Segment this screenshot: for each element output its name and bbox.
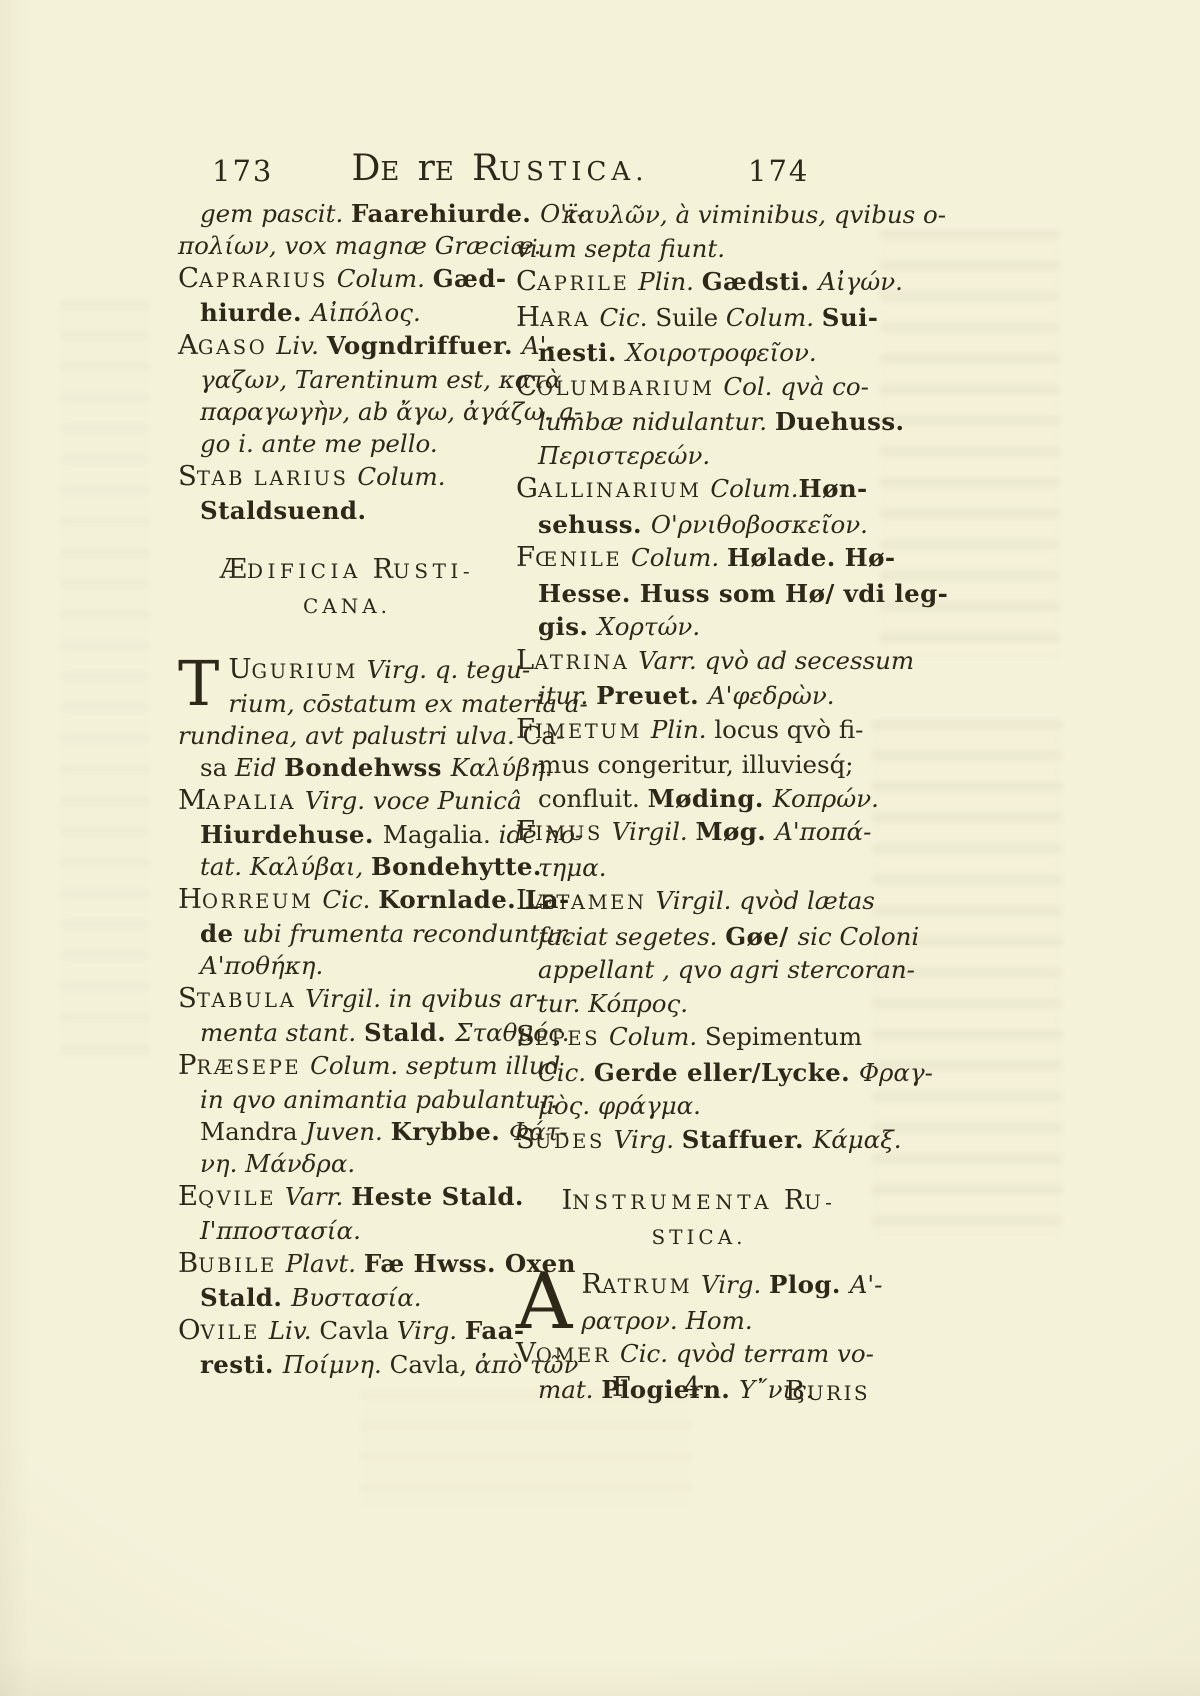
headword-rest: dificia: [247, 559, 373, 583]
latin-italic-text: Virg. voce Punicâ: [305, 786, 522, 815]
headword-smallcaps: Horreum: [178, 885, 322, 914]
latin-italic-text: in qvo animantia pabulantur.: [200, 1085, 558, 1114]
latin-italic-text: Colum.: [710, 474, 798, 503]
headword-smallcaps: Stabula: [178, 984, 305, 1013]
headword-smallcaps: Bubile: [178, 1249, 286, 1278]
text-line: Præsepe Colum. septum illud: [178, 1049, 516, 1084]
text-line: Hiurdehuse. Magalia. idē no-: [178, 819, 516, 851]
greek-text: Καλύβαι,: [250, 852, 371, 881]
text-line: Instrumenta Ru-: [516, 1184, 882, 1219]
text-line: Mapalia Virg. voce Punicâ: [178, 784, 516, 819]
headword-smallcaps: Hara: [516, 303, 599, 332]
headword-initial: F: [516, 713, 535, 745]
text-line: Fimetum Plin. locus qvò fi-: [516, 713, 882, 749]
blackletter-text: Bondehwss: [284, 753, 451, 782]
headword-initial: P: [178, 1049, 197, 1081]
latin-italic-text: à viminibus, qvibus o-: [675, 200, 946, 229]
headword-rest: aprarius: [199, 269, 337, 292]
headword-initial: F: [516, 541, 535, 573]
headword-rest: œnile: [535, 548, 631, 571]
dictionary-entry: Agaso Liv. Vogndriffuer. Α'-γαζων, Taren…: [178, 329, 516, 460]
text-line: Bubile Plavt. Fæ Hwss. Oxen: [178, 1247, 516, 1282]
latin-italic-text: vium septa fiunt.: [516, 234, 725, 263]
greek-text: γαζων,: [200, 365, 295, 394]
headword-smallcaps: Ovile: [178, 1316, 269, 1345]
latin-italic-text: lumbæ nidulantur.: [538, 407, 775, 436]
headword-rest: tab larius: [197, 467, 358, 490]
section-heading: Ædificia Rusti-cana.: [178, 553, 516, 623]
text-line: menta stant. Stald. Σταθμός.: [178, 1017, 516, 1049]
blackletter-text: nesti.: [538, 338, 626, 367]
blackletter-text: Høn-: [799, 474, 868, 503]
latin-italic-text: Plin.: [638, 267, 702, 296]
running-title: De re Rustica.: [330, 148, 670, 189]
dictionary-entry: Caprile Plin. Gædsti. Αἰγών.: [516, 265, 882, 301]
greek-text: Κόπρος.: [588, 989, 688, 1018]
greek-text: Α'φεδρὼν.: [708, 681, 835, 710]
text-line: πολίων, vox magnæ Græciæ.: [178, 230, 516, 262]
text-line: Ι'πποστασία.: [178, 1215, 516, 1247]
latin-italic-text: menta stant.: [200, 1018, 364, 1047]
text-line: confluit. Møding. Κοπρών.: [516, 782, 882, 816]
dictionary-entry: Latrina Varr. qvò ad secessumitur. Preue…: [516, 644, 882, 713]
headword-initial: C: [178, 262, 199, 294]
latin-italic-text: Tarentinum est,: [295, 365, 499, 394]
text-line: Α'ποθήκη.: [178, 950, 516, 982]
dictionary-entry: Fœnile Colum. Hølade. Hø-Hesse. Huss som…: [516, 541, 882, 644]
headword-smallcaps: re: [418, 165, 472, 184]
headword-smallcaps: Ædificia: [220, 555, 373, 584]
latin-italic-text: itur.: [538, 681, 596, 710]
headword-rest: aprile: [537, 272, 638, 295]
headword-smallcaps: Stab larius: [178, 462, 357, 491]
blackletter-text: Hiurdehuse.: [200, 820, 383, 849]
headword-smallcaps: Ratrum: [581, 1270, 701, 1299]
greek-text: Ο'ρνιθοβοσκεῖον.: [651, 510, 868, 539]
right-column: καυλῶν, à viminibus, qvibus o-vium septa…: [516, 198, 882, 1406]
text-line: vium septa fiunt.: [516, 232, 882, 266]
greek-text: καυλῶν,: [562, 200, 675, 229]
blackletter-text: sehuss.: [538, 510, 651, 539]
dictionary-entry: Stab larius Colum.Staldsuend.: [178, 460, 516, 527]
dictionary-entry: TUgurium Virg. q. tegu-rium, cōstatum ex…: [178, 653, 516, 784]
latin-italic-text: Virgil. qvòd lætas: [655, 886, 874, 915]
headword-smallcaps: Rusti-: [373, 555, 474, 584]
greek-text: Ι'πποστασία.: [200, 1216, 361, 1245]
blackletter-text: Møg.: [696, 817, 776, 846]
greek-text: τημα.: [538, 853, 607, 882]
latin-italic-text: Virg.: [701, 1270, 769, 1299]
greek-text: Χοιροτροφεῖον.: [626, 338, 817, 367]
latin-roman-text: Sepimentum: [705, 1022, 862, 1051]
text-line: resti. Ποίμνη. Cavla, ἀπὸ τῶν: [178, 1349, 516, 1381]
headword-rest: atrum: [602, 1275, 701, 1298]
blackletter-text: Gerde eller/Lycke.: [594, 1058, 859, 1087]
headword-rest: allinarium: [538, 479, 710, 502]
text-line: γαζων, Tarentinum est, κατὰ: [178, 364, 516, 396]
text-line: Agaso Liv. Vogndriffuer. Α'-: [178, 329, 516, 364]
greek-text: Αἰγών.: [818, 267, 903, 296]
text-line: tur. Κόπρος.: [516, 987, 882, 1021]
text-line: Sudes Virg. Staffuer. Κάμαξ.: [516, 1123, 882, 1159]
showthrough-smudge: [60, 300, 150, 1060]
headword-rest: omer: [536, 1344, 620, 1367]
headword-initial: Æ: [220, 554, 247, 585]
headword-initial: r: [418, 148, 435, 189]
latin-italic-text: Virg. q. tegu-: [367, 655, 530, 684]
greek-text: Α'ποπά-: [775, 817, 871, 846]
latin-italic-text: Virgil.: [612, 817, 696, 846]
text-line: τημα.: [516, 851, 882, 885]
headword-rest: e: [380, 157, 417, 187]
latin-italic-text: Eid: [235, 753, 284, 782]
headword-rest: usti-: [393, 559, 474, 583]
headword-initial: E: [178, 1180, 198, 1212]
headword-rest: gaso: [198, 336, 276, 359]
headword-rest: e: [435, 157, 472, 187]
latin-italic-text: appellant , qvo agri stercoran-: [538, 955, 915, 984]
headword-initial: H: [178, 883, 202, 915]
blackletter-text: Plog.: [769, 1270, 850, 1299]
dictionary-entry: Eqvile Varr. Heste Stald.Ι'πποστασία.: [178, 1180, 516, 1247]
text-line: Ædificia Rusti-: [178, 553, 516, 588]
drop-cap: T: [178, 653, 228, 717]
text-line: Fœnile Colum. Hølade. Hø-: [516, 541, 882, 577]
greek-text: Κοπρών.: [773, 784, 879, 813]
greek-text: Αἰπόλος.: [311, 298, 421, 327]
blackletter-text: de: [200, 919, 242, 948]
headword-initial: I: [562, 1185, 573, 1216]
headword-rest: imus: [535, 822, 612, 845]
headword-smallcaps: Fimus: [516, 817, 612, 846]
latin-roman-text: Suile: [655, 303, 726, 332]
latin-italic-text: faciat segetes.: [538, 922, 725, 951]
headword-smallcaps: Latrina: [516, 646, 638, 675]
headword-initial: S: [178, 982, 197, 1014]
headword-initial: V: [516, 1337, 536, 1369]
text-line: Stab larius Colum.: [178, 460, 516, 495]
text-line: rium, cōstatum ex materia a-: [178, 688, 516, 720]
headword-initial: L: [516, 884, 534, 916]
text-line: Caprile Plin. Gædsti. Αἰγών.: [516, 265, 882, 301]
headword-rest: epes: [535, 1027, 609, 1050]
text-line: faciat segetes. Gøe/ sic Coloni: [516, 920, 882, 954]
latin-italic-text: go i. ante me pello.: [200, 429, 438, 458]
greek-text: νη. Μάνδρα.: [200, 1149, 355, 1178]
dictionary-entry: Gallinarium Colum.Høn-sehuss. Ο'ρνιθοβοσ…: [516, 472, 882, 541]
headword-initial: H: [516, 301, 540, 333]
headword-initial: S: [178, 460, 197, 492]
drop-cap: A: [516, 1268, 581, 1336]
greek-text: Ποίμνη.: [283, 1350, 390, 1379]
latin-italic-text: gem pascit.: [200, 199, 351, 228]
greek-text: Κάμαξ.: [813, 1125, 902, 1154]
text-line: de ubi frumenta reconduntur.: [178, 918, 516, 950]
headword-rest: ara: [540, 308, 599, 331]
headword-rest: ubile: [198, 1254, 285, 1277]
signature-mark: F 4: [612, 1372, 702, 1403]
headword-initial: A: [178, 329, 198, 361]
greek-text: Α'-: [850, 1270, 883, 1299]
headword-smallcaps: Caprarius: [178, 264, 337, 293]
page-number-left: 173: [212, 154, 273, 188]
headword-smallcaps: Mapalia: [178, 786, 305, 815]
blackletter-text: Stald.: [200, 1283, 291, 1312]
text-line: Stabula Virgil. in qvibus ar-: [178, 982, 516, 1017]
headword-smallcaps: Præsepe: [178, 1051, 310, 1080]
dictionary-entry: Fimus Virgil. Møg. Α'ποπά-τημα.: [516, 815, 882, 884]
text-line: μὸς. φράγμα.: [516, 1089, 882, 1123]
page-footer: F 4 Buris: [516, 1372, 882, 1412]
text-line: Περιστερεών.: [516, 439, 882, 473]
latin-italic-text: Liv.: [276, 331, 327, 360]
headword-smallcaps: Fœnile: [516, 543, 631, 572]
headword-smallcaps: Ugurium: [228, 655, 366, 684]
blackletter-text: resti.: [200, 1350, 283, 1379]
text-line: Cic. Gerde eller/Lycke. Φραγ-: [516, 1056, 882, 1090]
dictionary-entry: ARatrum Virg. Plog. Α'-ρατρον. Hom.: [516, 1268, 882, 1337]
text-line: Latrina Varr. qvò ad secessum: [516, 644, 882, 680]
blackletter-text: Krybbe.: [391, 1117, 510, 1146]
headword-rest: vile: [201, 1321, 269, 1344]
latin-italic-text: vox magnæ Græciæ.: [284, 231, 541, 260]
greek-text: ρατρον.: [581, 1306, 685, 1335]
text-line: in qvo animantia pabulantur.: [178, 1084, 516, 1116]
text-line: καυλῶν, à viminibus, qvibus o-: [516, 198, 882, 232]
latin-italic-text: Juven.: [305, 1117, 390, 1146]
headword-rest: ræsepe: [197, 1056, 311, 1079]
latin-italic-text: Colum.: [337, 264, 433, 293]
headword-smallcaps: Instrumenta: [562, 1186, 784, 1215]
dictionary-entry: Fimetum Plin. locus qvò fi-mus congeritu…: [516, 713, 882, 816]
blackletter-text: Gøe/: [725, 922, 797, 951]
headword-initial: L: [516, 644, 534, 676]
latin-italic-text: Liv.: [269, 1316, 320, 1345]
headword-initial: R: [784, 1185, 804, 1216]
text-line: Lætamen Virgil. qvòd lætas: [516, 884, 882, 920]
text-line: Fimus Virgil. Møg. Α'ποπά-: [516, 815, 882, 851]
greek-text: Περιστερεών.: [538, 441, 710, 470]
latin-roman-text: mus congeritur, illuviesq́;: [538, 750, 854, 779]
latin-italic-text: tat.: [200, 852, 250, 881]
text-line: Columbarium Col. qvà co-: [516, 370, 882, 406]
latin-roman-text: Mandra: [200, 1117, 305, 1146]
text-line: Hesse. Huss som Hø/ vdi leg-: [516, 577, 882, 611]
spaced-caps-text: cana.: [303, 594, 391, 618]
latin-italic-text: Cic.: [599, 303, 655, 332]
headword-rest: u-: [804, 1190, 836, 1214]
headword-initial: U: [228, 653, 251, 685]
text-line: appellant , qvo agri stercoran-: [516, 953, 882, 987]
latin-italic-text: ab: [358, 397, 396, 426]
dictionary-entry: Præsepe Colum. septum illudin qvo animan…: [178, 1049, 516, 1180]
headword-initial: O: [178, 1314, 201, 1346]
blackletter-text: Preuet.: [596, 681, 708, 710]
blackletter-text: hiurde.: [200, 298, 311, 327]
headword-rest: atrina: [534, 651, 638, 674]
headword-rest: orreum: [202, 890, 322, 913]
text-line: Ugurium Virg. q. tegu-: [178, 653, 516, 688]
text-line: lumbæ nidulantur. Duehuss.: [516, 405, 882, 439]
left-column: gem pascit. Faarehiurde. Ο'ϊ-πολίων, vox…: [178, 198, 516, 1381]
text-line: mus congeritur, illuviesq́;: [516, 748, 882, 782]
greek-text: μὸς. φράγμα.: [538, 1091, 701, 1120]
headword-initial: R: [581, 1268, 602, 1300]
blackletter-text: Sui-: [822, 303, 879, 332]
greek-text: παραγωγὴν,: [200, 397, 358, 426]
dictionary-entry: Columbarium Col. qvà co-lumbæ nidulantur…: [516, 370, 882, 473]
text-line: go i. ante me pello.: [178, 428, 516, 460]
dictionary-entry: Horreum Cic. Kornlade. La-de ubi frument…: [178, 883, 516, 982]
dictionary-entry: Sepes Colum. SepimentumCic. Gerde eller/…: [516, 1020, 882, 1123]
headword-smallcaps: Lætamen: [516, 886, 655, 915]
text-line: stica.: [516, 1219, 882, 1254]
text-line: hiurde. Αἰπόλος.: [178, 297, 516, 329]
headword-smallcaps: Sepes: [516, 1022, 609, 1051]
text-line: nesti. Χοιροτροφεῖον.: [516, 336, 882, 370]
headword-initial: R: [472, 148, 499, 189]
greek-text: πολίων,: [178, 231, 284, 260]
book-page-scan: 173 De re Rustica. 174 gem pascit. Faare…: [0, 0, 1200, 1696]
text-line: De re Rustica.: [330, 148, 670, 189]
blackletter-text: Møding.: [648, 784, 773, 813]
headword-smallcaps: Fimetum: [516, 715, 651, 744]
text-line: sehuss. Ο'ρνιθοβοσκεῖον.: [516, 508, 882, 542]
headword-rest: qvile: [198, 1187, 285, 1210]
dictionary-entry: καυλῶν, à viminibus, qvibus o-vium septa…: [516, 198, 882, 265]
latin-italic-text: Hom.: [685, 1306, 752, 1335]
blackletter-text: Hølade. Hø-: [727, 543, 896, 572]
latin-italic-text: Colum.: [726, 303, 822, 332]
latin-italic-text: Colum.: [357, 462, 445, 491]
headword-initial: S: [516, 1123, 535, 1155]
text-line: νη. Μάνδρα.: [178, 1148, 516, 1180]
dictionary-entry: Bubile Plavt. Fæ Hwss. OxenStald. Βυστασ…: [178, 1247, 516, 1314]
headword-initial: G: [516, 472, 538, 504]
headword-initial: R: [373, 554, 393, 585]
headword-rest: tabula: [197, 989, 305, 1012]
headword-rest: nstrumenta: [572, 1190, 784, 1214]
greek-text: Χορτών.: [597, 612, 700, 641]
latin-italic-text: Colum.: [631, 543, 727, 572]
latin-italic-text: Varr.: [285, 1182, 351, 1211]
headword-rest: gurium: [252, 660, 367, 683]
headword-initial: B: [178, 1247, 198, 1279]
blackletter-text: Faarehiurde.: [351, 199, 540, 228]
latin-italic-text: Virg.: [397, 1316, 465, 1345]
text-line: Stald. Βυστασία.: [178, 1282, 516, 1314]
text-line: Hara Cic. Suile Colum. Sui-: [516, 301, 882, 337]
headword-initial: M: [178, 784, 206, 816]
text-line: Mandra Juven. Krybbe. Φάτ-: [178, 1116, 516, 1148]
dictionary-entry: Ovile Liv. Cavla Virg. Faa-resti. Ποίμνη…: [178, 1314, 516, 1381]
text-line: sa Eid Bondehwss Καλύβη.: [178, 752, 516, 784]
latin-roman-text: Cavla: [319, 1316, 396, 1345]
headword-smallcaps: Sudes: [516, 1125, 614, 1154]
headword-rest: imetum: [535, 720, 651, 743]
headword-rest: apalia: [206, 791, 305, 814]
headword-initial: C: [516, 370, 537, 402]
latin-italic-text: Col. qvà co-: [723, 372, 869, 401]
text-line: Sepes Colum. Sepimentum: [516, 1020, 882, 1056]
latin-italic-text: Plin.: [651, 715, 715, 744]
blackletter-text: Staffuer.: [682, 1125, 813, 1154]
headword-smallcaps: Columbarium: [516, 372, 723, 401]
headword-initial: F: [516, 815, 535, 847]
headword-smallcaps: Agaso: [178, 331, 276, 360]
latin-italic-text: Cic.: [322, 885, 378, 914]
blackletter-text: Duehuss.: [775, 407, 905, 436]
blackletter-text: Staldsuend.: [200, 496, 366, 525]
text-line: Vomer Cic. qvòd terram vo-: [516, 1337, 882, 1373]
latin-italic-text: Cic. qvòd terram vo-: [620, 1339, 874, 1368]
blackletter-text: Heste Stald.: [351, 1182, 524, 1211]
spaced-caps-text: stica.: [651, 1225, 746, 1249]
headword-rest: udes: [535, 1130, 614, 1153]
greek-text: Φραγ-: [859, 1058, 933, 1087]
headword-rest: olumbarium: [537, 377, 723, 400]
blackletter-text: gis.: [538, 612, 597, 641]
text-line: itur. Preuet. Α'φεδρὼν.: [516, 679, 882, 713]
latin-roman-text: confluit.: [538, 784, 648, 813]
headword-smallcaps: Gallinarium: [516, 474, 710, 503]
dictionary-entry: Hara Cic. Suile Colum. Sui-nesti. Χοιροτ…: [516, 301, 882, 370]
text-line: Horreum Cic. Kornlade. La-: [178, 883, 516, 918]
latin-roman-text: Magalia.: [383, 820, 499, 849]
text-line: gem pascit. Faarehiurde. Ο'ϊ-: [178, 198, 516, 230]
dictionary-entry: Mapalia Virg. voce PunicâHiurdehuse. Mag…: [178, 784, 516, 883]
blackletter-text: Hesse. Huss som Hø/ vdi leg-: [538, 579, 948, 608]
text-line: gis. Χορτών.: [516, 610, 882, 644]
greek-text: Α'ποθήκη.: [200, 951, 323, 980]
page-header: 173 De re Rustica. 174: [0, 148, 1200, 200]
latin-italic-text: Varr. qvò ad secessum: [638, 646, 914, 675]
latin-italic-text: sic Coloni: [798, 922, 920, 951]
headword-smallcaps: Eqvile: [178, 1182, 285, 1211]
text-line: rundinea, avt palustri ulva. Ca-: [178, 720, 516, 752]
blackletter-text: Stald.: [364, 1018, 455, 1047]
headword-smallcaps: Ru-: [784, 1186, 837, 1215]
latin-italic-text: tur.: [538, 989, 588, 1018]
latin-italic-text: Colum.: [609, 1022, 705, 1051]
latin-roman-text: sa: [200, 753, 235, 782]
dictionary-entry: gem pascit. Faarehiurde. Ο'ϊ-πολίων, vox…: [178, 198, 516, 262]
latin-roman-text: Cavla,: [390, 1350, 475, 1379]
headword-initial: D: [352, 148, 381, 189]
blackletter-text: Vogndriffuer.: [327, 331, 522, 360]
text-line: παραγωγὴν, ab ἄγω, ἀγάζω. a-: [178, 396, 516, 428]
headword-initial: S: [516, 1020, 535, 1052]
text-line: Staldsuend.: [178, 495, 516, 527]
headword-smallcaps: Caprile: [516, 267, 638, 296]
headword-initial: C: [516, 265, 537, 297]
headword-smallcaps: De: [352, 165, 418, 184]
latin-roman-text: locus qvò fi-: [714, 715, 863, 744]
text-line: Gallinarium Colum.Høn-: [516, 472, 882, 508]
blackletter-text: Gæd-: [433, 264, 507, 293]
latin-italic-text: Virg.: [614, 1125, 682, 1154]
latin-italic-text: Plavt.: [286, 1249, 364, 1278]
catchword: Buris: [785, 1376, 870, 1407]
dictionary-entry: Sudes Virg. Staffuer. Κάμαξ.: [516, 1123, 882, 1159]
latin-italic-text: rundinea, avt palustri ulva.: [178, 721, 523, 750]
dictionary-entry: Caprarius Colum. Gæd-hiurde. Αἰπόλος.: [178, 262, 516, 329]
dictionary-entry: Stabula Virgil. in qvibus ar-menta stant…: [178, 982, 516, 1049]
latin-italic-text: Cic.: [538, 1058, 594, 1087]
headword-smallcaps: Vomer: [516, 1339, 620, 1368]
headword-rest: ætamen: [534, 891, 655, 914]
headword-rest: ustica.: [499, 157, 648, 187]
